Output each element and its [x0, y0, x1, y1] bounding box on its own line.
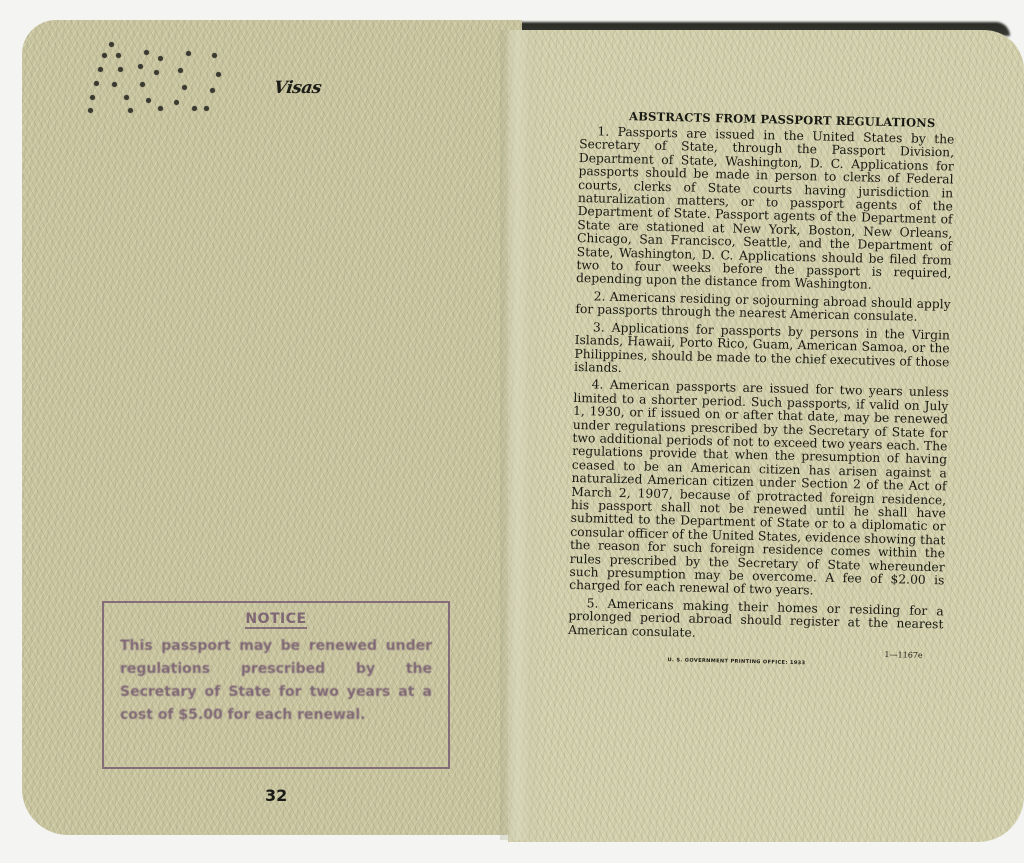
stamp-body: This passport may be renewed under regul… — [120, 635, 432, 727]
passport-regulations: ABSTRACTS FROM PASSPORT REGULATIONS 1. P… — [567, 108, 955, 675]
regulation-paragraph: 1. Passports are issued in the United St… — [576, 125, 955, 294]
regulation-paragraph: 5. Americans making their homes or resid… — [568, 597, 944, 646]
notice-stamp: NOTICE This passport may be renewed unde… — [102, 601, 450, 769]
perforation-pattern-icon — [82, 40, 232, 115]
page-number: 32 — [265, 786, 287, 805]
form-number: 1—1167e — [884, 650, 922, 660]
passport-spread: Visas NOTICE This passport may be renewe… — [0, 0, 1024, 863]
stamp-title: NOTICE — [245, 611, 306, 629]
binding-gutter — [500, 30, 544, 840]
visas-heading: Visas — [273, 78, 323, 98]
regulation-paragraph: 2. Americans residing or sojourning abro… — [575, 290, 951, 325]
regulation-paragraph: 4. American passports are issued for two… — [569, 378, 949, 601]
printing-office-line: U. S. GOVERNMENT PRINTING OFFICE: 1933 — [667, 657, 805, 666]
regulation-paragraph: 3. Applications for passports by persons… — [574, 321, 950, 383]
